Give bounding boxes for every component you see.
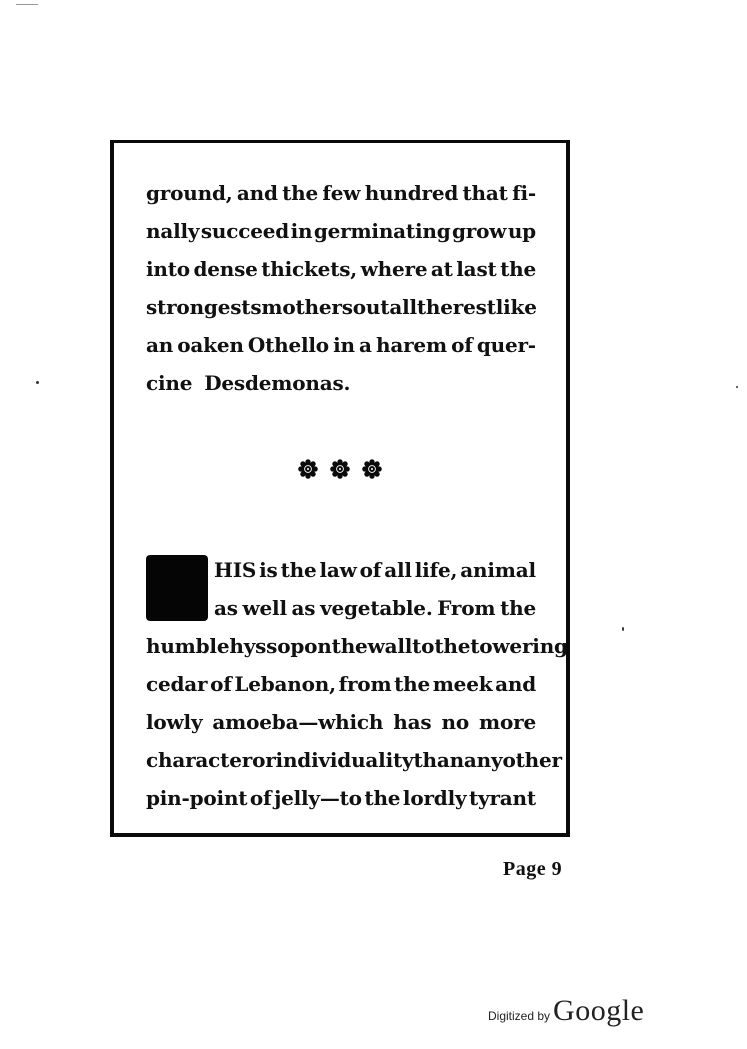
word: the [500,250,536,288]
word: last [456,250,496,288]
word: oaken [177,326,243,364]
text-line: strongestsmothersoutalltherestlike [146,288,536,326]
word: lowly [146,703,202,741]
google-logo-text: Google [553,994,644,1028]
section-ornaments [114,459,566,479]
flower-ornament-icon [330,459,350,479]
word: in [291,212,313,250]
word: law [319,551,356,589]
text-line: intodensethickets,whereatlastthe [146,250,536,288]
word: thickets, [261,250,357,288]
word: on [304,627,331,665]
word: in [333,326,355,364]
word: is [259,551,277,589]
word: smothers [250,288,352,326]
text-line: characterorindividualitythananyother [146,741,536,779]
word: wall [368,627,413,665]
word: the [417,288,453,326]
word: grow [452,212,506,250]
word: of [360,551,382,589]
text-line: aswellasvegetable.Fromthe [146,589,536,627]
word: hundred [365,174,458,212]
paragraph-new-section: HISisthelawofalllife,animal aswellasvege… [146,551,536,817]
scan-speck [36,381,39,384]
word: amoeba—which [212,703,383,741]
text-line: cedarofLebanon,fromthemeekand [146,665,536,703]
word: meek [433,665,493,703]
word: into [146,250,190,288]
text-line: nallysucceedingerminatinggrowup [146,212,536,250]
word: ground, [146,174,233,212]
word: jelly—to [274,779,362,817]
word: of [210,665,232,703]
watermark-prefix: Digitized by [488,1009,550,1023]
word: well [243,589,287,627]
word: tyrant [469,779,536,817]
paragraph-continued: ground,andthefewhundredthatfi- nallysucc… [146,174,536,402]
word: out [353,288,390,326]
word: as [214,589,238,627]
word: From [437,589,495,627]
word: Desdemonas. [204,364,350,402]
word: few [322,174,360,212]
page-number: Page 9 [503,858,562,881]
digitized-by-watermark: Digitized by Google [488,994,644,1028]
word: humble [146,627,229,665]
word: where [361,250,428,288]
text-line: anoakenOthelloinaharemofquer- [146,326,536,364]
flower-ornament-icon [362,459,382,479]
word: cine [146,364,192,402]
word: any [464,741,503,779]
word: nally [146,212,199,250]
word: individuality [276,741,414,779]
word: rest [453,288,496,326]
word: at [431,250,453,288]
word: pin-point [146,779,247,817]
word: hyssop [229,627,304,665]
word: towering [470,627,568,665]
scan-speck [736,386,738,388]
word: or [252,741,275,779]
word: harem [376,326,447,364]
word: of [250,779,272,817]
word: the [434,627,470,665]
scan-artifact-mark [16,4,38,5]
word: the [500,589,536,627]
word: cedar [146,665,207,703]
word: vegetable. [320,589,433,627]
word: the [281,551,317,589]
word: Lebanon, [234,665,336,703]
word: life, [415,551,458,589]
word: Othello [248,326,329,364]
word: lordly [403,779,466,817]
word: and [495,665,536,703]
word: fi- [512,174,536,212]
word: animal [460,551,536,589]
text-line: pin-pointofjelly—tothelordlytyrant [146,779,536,817]
text-frame: ground,andthefewhundredthatfi- nallysucc… [110,140,570,837]
word: the [332,627,368,665]
word: dense [193,250,257,288]
word: quer- [477,326,536,364]
word: of [451,326,473,364]
word: up [508,212,536,250]
word: and [237,174,278,212]
word: HIS [214,551,256,589]
word: character [146,741,252,779]
flower-ornament-icon [298,459,318,479]
word: all [389,288,417,326]
word: the [364,779,400,817]
word: no [442,703,469,741]
word: the [282,174,318,212]
word: succeed [201,212,289,250]
word: strongest [146,288,250,326]
text-line: ground,andthefewhundredthatfi- [146,174,536,212]
word: than [413,741,463,779]
word: to [412,627,434,665]
word: an [146,326,173,364]
word: as [292,589,316,627]
word: like [496,288,537,326]
word: germinating [314,212,451,250]
word: all [384,551,412,589]
word: has [393,703,431,741]
word: that [463,174,508,212]
word: the [394,665,430,703]
text-line: humblehyssoponthewalltothetowering [146,627,536,665]
text-line: HISisthelawofalllife,animal [146,551,536,589]
text-line: lowlyamoeba—whichhasnomore [146,703,536,741]
word: a [359,326,372,364]
word: more [479,703,536,741]
word: other [502,741,561,779]
text-line: cineDesdemonas. [146,364,536,402]
scan-speck [622,627,624,631]
word: from [339,665,392,703]
